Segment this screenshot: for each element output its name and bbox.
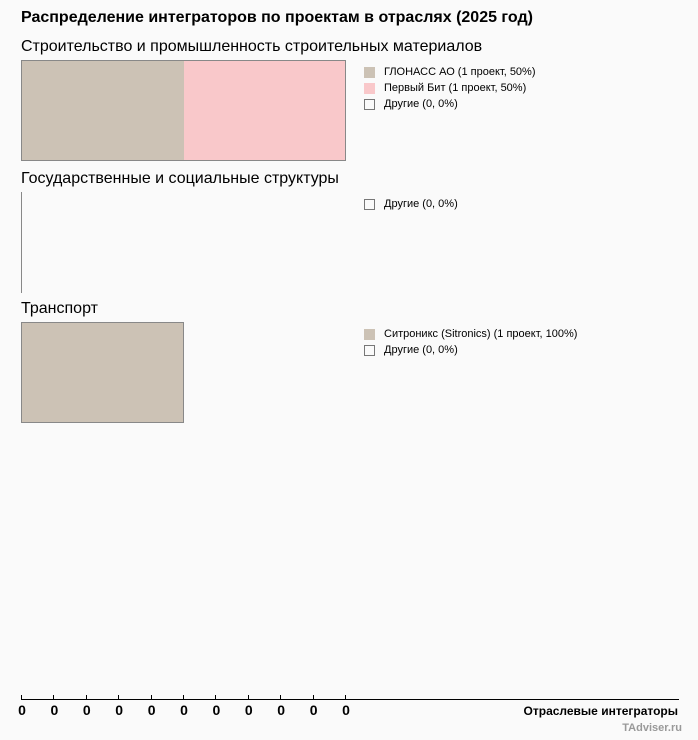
legend-swatch-icon bbox=[364, 329, 375, 340]
section-title: Строительство и промышленность строитель… bbox=[21, 38, 482, 56]
legend: Ситроникс (Sitronics) (1 проект, 100%)Др… bbox=[364, 326, 577, 358]
legend-label: Другие (0, 0%) bbox=[384, 98, 458, 110]
x-tick bbox=[280, 695, 281, 700]
section-title: Транспорт bbox=[21, 300, 98, 318]
watermark: TAdviser.ru bbox=[622, 722, 682, 734]
x-tick-label: 0 bbox=[148, 702, 156, 718]
legend-swatch-icon bbox=[364, 83, 375, 94]
x-tick-label: 0 bbox=[83, 702, 91, 718]
section-bar bbox=[21, 322, 184, 423]
legend-item: Другие (0, 0%) bbox=[364, 96, 536, 112]
bar-segment[interactable] bbox=[184, 61, 346, 160]
x-tick-label: 0 bbox=[180, 702, 188, 718]
x-tick-label: 0 bbox=[310, 702, 318, 718]
legend-swatch-icon bbox=[364, 199, 375, 210]
bar-segment[interactable] bbox=[22, 61, 184, 160]
x-tick-label: 0 bbox=[277, 702, 285, 718]
x-tick-label: 0 bbox=[50, 702, 58, 718]
legend-label: Первый Бит (1 проект, 50%) bbox=[384, 82, 526, 94]
bar-segment[interactable] bbox=[22, 323, 183, 422]
chart-title: Распределение интеграторов по проектам в… bbox=[21, 9, 533, 27]
x-tick bbox=[248, 695, 249, 700]
legend-item: Другие (0, 0%) bbox=[364, 196, 458, 212]
x-axis-label: Отраслевые интеграторы bbox=[524, 704, 678, 718]
section-title: Государственные и социальные структуры bbox=[21, 170, 339, 188]
legend-item: Другие (0, 0%) bbox=[364, 342, 577, 358]
section-bar bbox=[21, 192, 22, 293]
x-tick bbox=[86, 695, 87, 700]
legend-item: ГЛОНАСС АО (1 проект, 50%) bbox=[364, 64, 536, 80]
legend-swatch-icon bbox=[364, 67, 375, 78]
x-tick-label: 0 bbox=[18, 702, 26, 718]
x-tick-label: 0 bbox=[115, 702, 123, 718]
legend: Другие (0, 0%) bbox=[364, 196, 458, 212]
x-tick bbox=[151, 695, 152, 700]
x-tick bbox=[215, 695, 216, 700]
x-tick bbox=[345, 695, 346, 700]
x-tick-label: 0 bbox=[245, 702, 253, 718]
x-tick-label: 0 bbox=[342, 702, 350, 718]
x-tick bbox=[118, 695, 119, 700]
legend-label: Ситроникс (Sitronics) (1 проект, 100%) bbox=[384, 328, 577, 340]
section-bar bbox=[21, 60, 346, 161]
legend-label: Другие (0, 0%) bbox=[384, 198, 458, 210]
x-tick bbox=[313, 695, 314, 700]
legend-item: Ситроникс (Sitronics) (1 проект, 100%) bbox=[364, 326, 577, 342]
x-axis-line bbox=[21, 699, 679, 700]
legend-swatch-icon bbox=[364, 345, 375, 356]
legend-swatch-icon bbox=[364, 99, 375, 110]
legend-label: ГЛОНАСС АО (1 проект, 50%) bbox=[384, 66, 536, 78]
x-tick-label: 0 bbox=[212, 702, 220, 718]
legend-item: Первый Бит (1 проект, 50%) bbox=[364, 80, 536, 96]
legend: ГЛОНАСС АО (1 проект, 50%)Первый Бит (1 … bbox=[364, 64, 536, 112]
legend-label: Другие (0, 0%) bbox=[384, 344, 458, 356]
x-tick bbox=[183, 695, 184, 700]
x-tick bbox=[21, 695, 22, 700]
x-tick bbox=[53, 695, 54, 700]
